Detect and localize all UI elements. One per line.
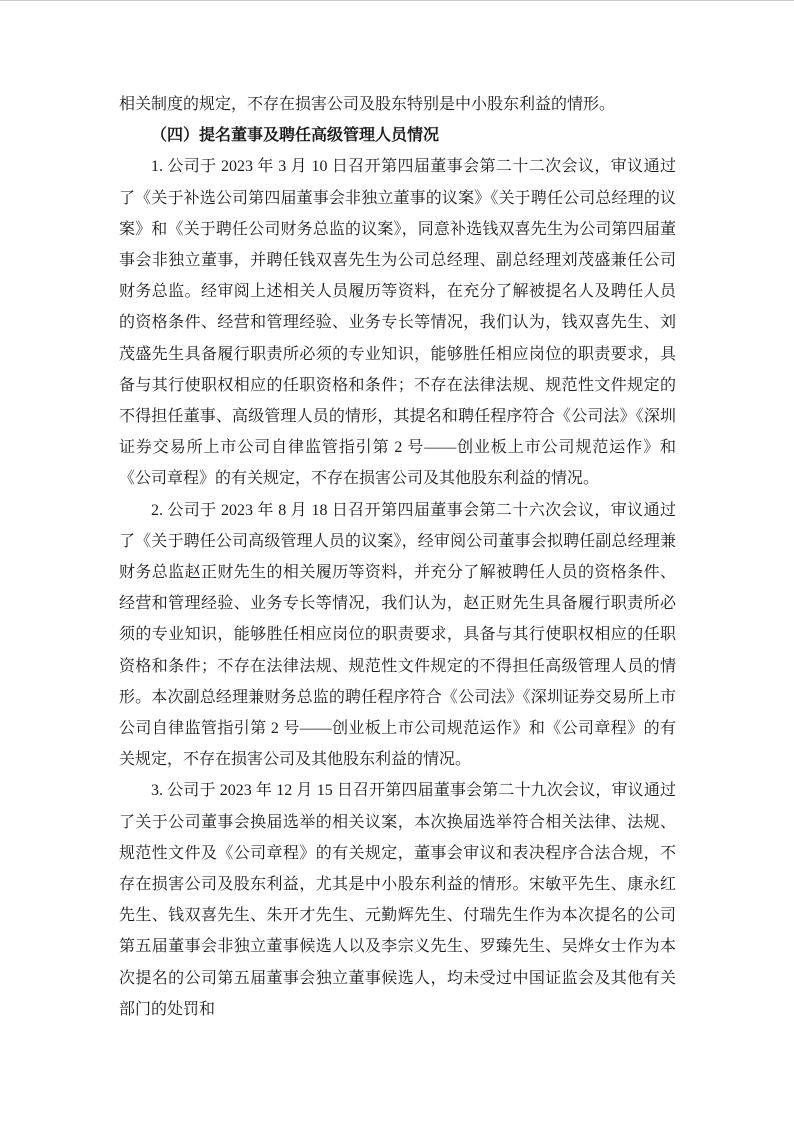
paragraph-item-1: 1. 公司于 2023 年 3 月 10 日召开第四届董事会第二十二次会议，审议… [119,151,676,494]
paragraph-item-3: 3. 公司于 2023 年 12 月 15 日召开第四届董事会第二十九次会议，审… [119,775,676,1025]
paragraph-continuation: 相关制度的规定，不存在损害公司及股东特别是中小股东利益的情形。 [119,89,676,120]
document-page: 相关制度的规定，不存在损害公司及股东特别是中小股东利益的情形。 （四）提名董事及… [0,0,794,1122]
page-top-edge [0,0,794,1]
paragraph-item-2: 2. 公司于 2023 年 8 月 18 日召开第四届董事会第二十六次会议，审议… [119,495,676,776]
section-heading: （四）提名董事及聘任高级管理人员情况 [119,120,676,151]
document-text-block: 相关制度的规定，不存在损害公司及股东特别是中小股东利益的情形。 （四）提名董事及… [119,89,676,1025]
